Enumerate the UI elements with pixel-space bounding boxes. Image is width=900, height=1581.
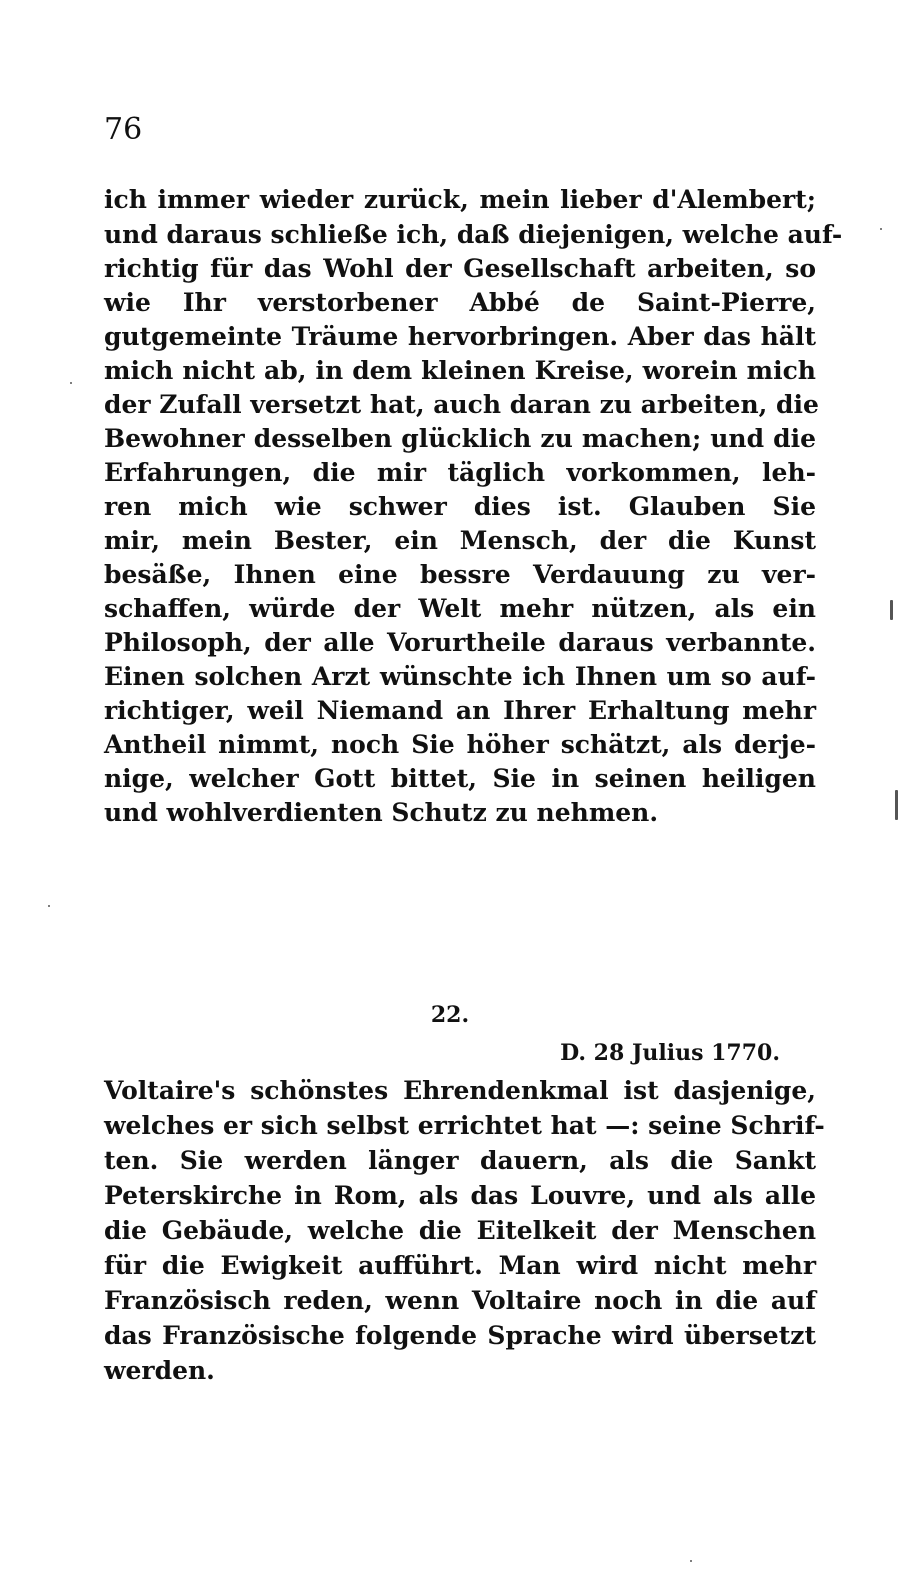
text-line: welches er sich selbst errichtet hat —: … [104,1109,816,1143]
text-line: ten. Sie werden länger dauern, als die S… [104,1144,816,1178]
text-line: und daraus schließe ich, daß diejenigen,… [104,218,816,252]
scan-speck [70,382,72,384]
text-line: ren mich wie schwer dies ist. Glauben Si… [104,490,816,524]
text-line: gutgemeinte Träume hervorbringen. Aber d… [104,320,816,354]
text-line: Einen solchen Arzt wünschte ich Ihnen um… [104,660,816,694]
text-line: ich immer wieder zurück, mein lieber d'A… [104,183,816,217]
text-line: schaffen, würde der Welt mehr nützen, al… [104,592,816,626]
text-line: mir, mein Bester, ein Mensch, der die Ku… [104,524,816,558]
text-line: Peterskirche in Rom, als das Louvre, und… [104,1179,816,1213]
text-line: mich nicht ab, in dem kleinen Kreise, wo… [104,354,816,388]
scan-speck [890,600,893,620]
letter-date: D. 28 Julius 1770. [560,1040,780,1066]
page-number: 76 [104,112,142,147]
text-line: Bewohner desselben glücklich zu machen; … [104,422,816,456]
text-line: Philosoph, der alle Vorurtheile daraus v… [104,626,816,660]
text-line: Antheil nimmt, noch Sie höher schätzt, a… [104,728,816,762]
text-line: Voltaire's schönstes Ehrendenkmal ist da… [104,1074,816,1108]
text-line: der Zufall versetzt hat, auch daran zu a… [104,388,816,422]
text-line: werden. [104,1354,816,1388]
text-line: die Gebäude, welche die Eitelkeit der Me… [104,1214,816,1248]
text-line: und wohlverdienten Schutz zu nehmen. [104,796,816,830]
text-line: das Französische folgende Sprache wird ü… [104,1319,816,1353]
text-line: besäße, Ihnen eine bessre Verdauung zu v… [104,558,816,592]
text-line: Französisch reden, wenn Voltaire noch in… [104,1284,816,1318]
text-line: richtig für das Wohl der Gesellschaft ar… [104,252,816,286]
text-line: für die Ewigkeit aufführt. Man wird nich… [104,1249,816,1283]
scan-speck [880,228,882,230]
scan-speck [895,790,898,820]
scan-speck [48,905,50,907]
text-line: nige, welcher Gott bittet, Sie in seinen… [104,762,816,796]
text-line: richtiger, weil Niemand an Ihrer Erhaltu… [104,694,816,728]
scan-speck [690,1560,692,1562]
text-line: wie Ihr verstorbener Abbé de Saint-Pierr… [104,286,816,320]
text-line: Erfahrungen, die mir täglich vorkommen, … [104,456,816,490]
letter-number-heading: 22. [0,1002,900,1028]
scanned-book-page: 76 ich immer wieder zurück, mein lieber … [0,0,900,1581]
